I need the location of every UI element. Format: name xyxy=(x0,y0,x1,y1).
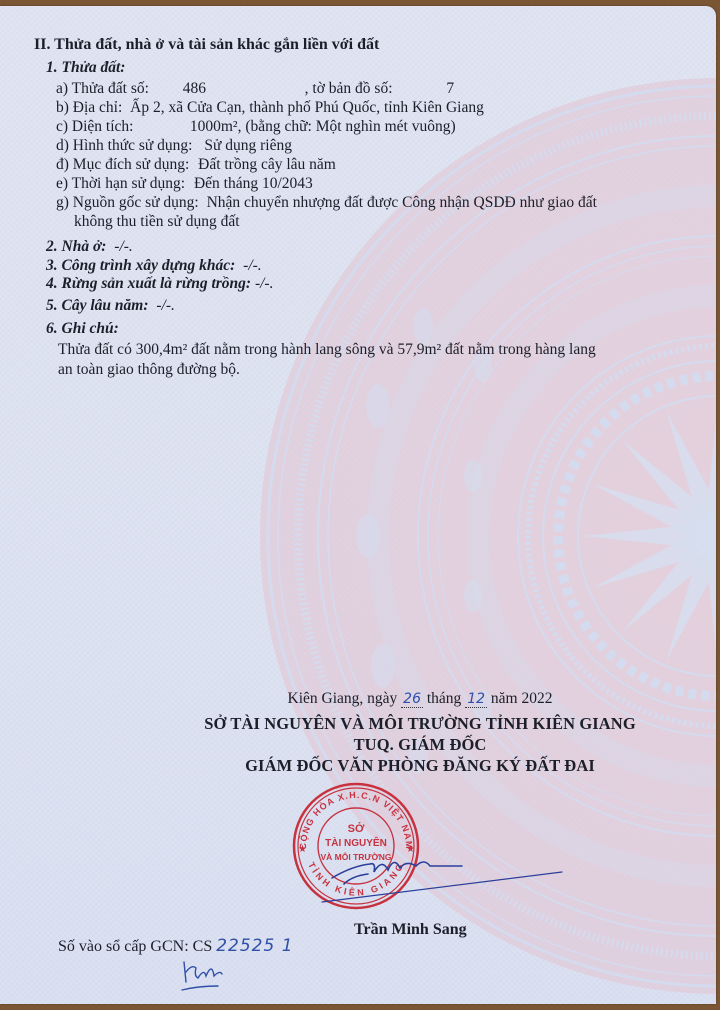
perennial-trees-value: -/-. xyxy=(152,297,175,314)
usage-purpose-row: đ) Mục đích sử dụng: Đất trồng cây lâu n… xyxy=(56,155,336,174)
map-sheet-label: , tờ bản đồ số: xyxy=(305,80,393,97)
usage-form-row: d) Hình thức sử dụng: Sử dụng riêng xyxy=(56,136,292,155)
issue-date-line: Kiên Giang, ngày 26 tháng 12 năm 2022 xyxy=(180,690,660,708)
authority-line-2: TUQ. GIÁM ĐỐC xyxy=(180,735,660,755)
address-label: b) Địa chỉ: xyxy=(56,99,122,116)
photo-background: II. Thửa đất, nhà ở và tài sản khác gắn … xyxy=(0,0,720,1010)
usage-term-value: Đến tháng 10/2043 xyxy=(189,175,313,192)
map-sheet-value: 7 xyxy=(396,79,454,98)
address-value: Ấp 2, xã Cửa Cạn, thành phố Phú Quốc, tỉ… xyxy=(126,99,484,116)
parcel-number-label: a) Thửa đất số: xyxy=(56,80,149,97)
svg-text:SỞ: SỞ xyxy=(348,822,365,835)
authority-line-1: SỞ TÀI NGUYÊN VÀ MÔI TRƯỜNG TỈNH KIÊN GI… xyxy=(180,714,660,734)
certificate-register-number: Số vào sổ cấp GCN: CS 22525 1 xyxy=(58,936,294,956)
authority-line-3: GIÁM ĐỐC VĂN PHÒNG ĐĂNG KÝ ĐẤT ĐAI xyxy=(180,756,660,776)
usage-term-label: e) Thời hạn sử dụng: xyxy=(56,175,185,192)
issue-place-prefix: Kiên Giang, ngày xyxy=(288,690,398,707)
notes-line-2: an toàn giao thông đường bộ. xyxy=(58,360,240,379)
other-construction-heading: 3. Công trình xây dựng khác: xyxy=(46,257,235,274)
other-construction-row: 3. Công trình xây dựng khác: -/-. xyxy=(46,256,262,275)
signer-name: Trần Minh Sang xyxy=(354,921,467,939)
issue-month: 12 xyxy=(465,691,487,708)
plantation-forest-row: 4. Rừng sản xuất là rừng trồng: -/-. xyxy=(46,274,273,293)
issue-day: 26 xyxy=(401,691,423,708)
issue-year: năm 2022 xyxy=(491,690,553,707)
notes-heading: 6. Ghi chú: xyxy=(46,319,119,338)
parcel-number-value: 486 xyxy=(153,79,301,98)
usage-purpose-label: đ) Mục đích sử dụng: xyxy=(56,156,189,173)
certificate-page: II. Thửa đất, nhà ở và tài sản khác gắn … xyxy=(0,6,716,1004)
usage-origin-continuation: không thu tiền sử dụng đất xyxy=(74,212,240,231)
usage-origin-value: Nhận chuyển nhượng đất được Công nhận QS… xyxy=(203,194,597,211)
area-row: c) Diện tích: 1000m², (bằng chữ: Một ngh… xyxy=(56,117,456,136)
usage-origin-label: g) Nguồn gốc sử dụng: xyxy=(56,194,199,211)
usage-purpose-value: Đất trồng cây lâu năm xyxy=(193,156,336,173)
land-heading: 1. Thửa đất: xyxy=(46,58,125,77)
plantation-forest-heading: 4. Rừng sản xuất là rừng trồng: xyxy=(46,275,251,292)
register-number-label: Số vào sổ cấp GCN: CS xyxy=(58,938,212,955)
svg-text:★: ★ xyxy=(298,844,307,855)
house-heading: 2. Nhà ở: xyxy=(46,238,106,255)
address-row: b) Địa chỉ: Ấp 2, xã Cửa Cạn, thành phố … xyxy=(56,98,484,117)
usage-form-label: d) Hình thức sử dụng: xyxy=(56,137,193,154)
usage-term-row: e) Thời hạn sử dụng: Đến tháng 10/2043 xyxy=(56,174,313,193)
register-number-value: 22525 1 xyxy=(216,936,293,956)
issue-month-label: tháng xyxy=(427,690,461,707)
house-value: -/-. xyxy=(110,238,133,255)
usage-form-value: Sử dụng riêng xyxy=(196,137,292,154)
notes-line-1: Thửa đất có 300,4m² đất nằm trong hành l… xyxy=(58,340,596,359)
other-construction-value: -/-. xyxy=(239,257,262,274)
handwritten-signature xyxy=(312,836,572,906)
area-value: 1000m², (bằng chữ: Một nghìn mét vuông) xyxy=(190,118,456,135)
area-label: c) Diện tích: xyxy=(56,117,186,136)
section-title: II. Thửa đất, nhà ở và tài sản khác gắn … xyxy=(34,35,379,54)
house-row: 2. Nhà ở: -/-. xyxy=(46,237,133,256)
plantation-forest-value: -/-. xyxy=(255,275,274,292)
handwritten-initials xyxy=(178,956,238,996)
parcel-number-row: a) Thửa đất số: 486 , tờ bản đồ số: 7 xyxy=(56,79,454,98)
usage-origin-row: g) Nguồn gốc sử dụng: Nhận chuyển nhượng… xyxy=(56,193,597,212)
perennial-trees-heading: 5. Cây lâu năm: xyxy=(46,297,148,314)
perennial-trees-row: 5. Cây lâu năm: -/-. xyxy=(46,296,175,315)
